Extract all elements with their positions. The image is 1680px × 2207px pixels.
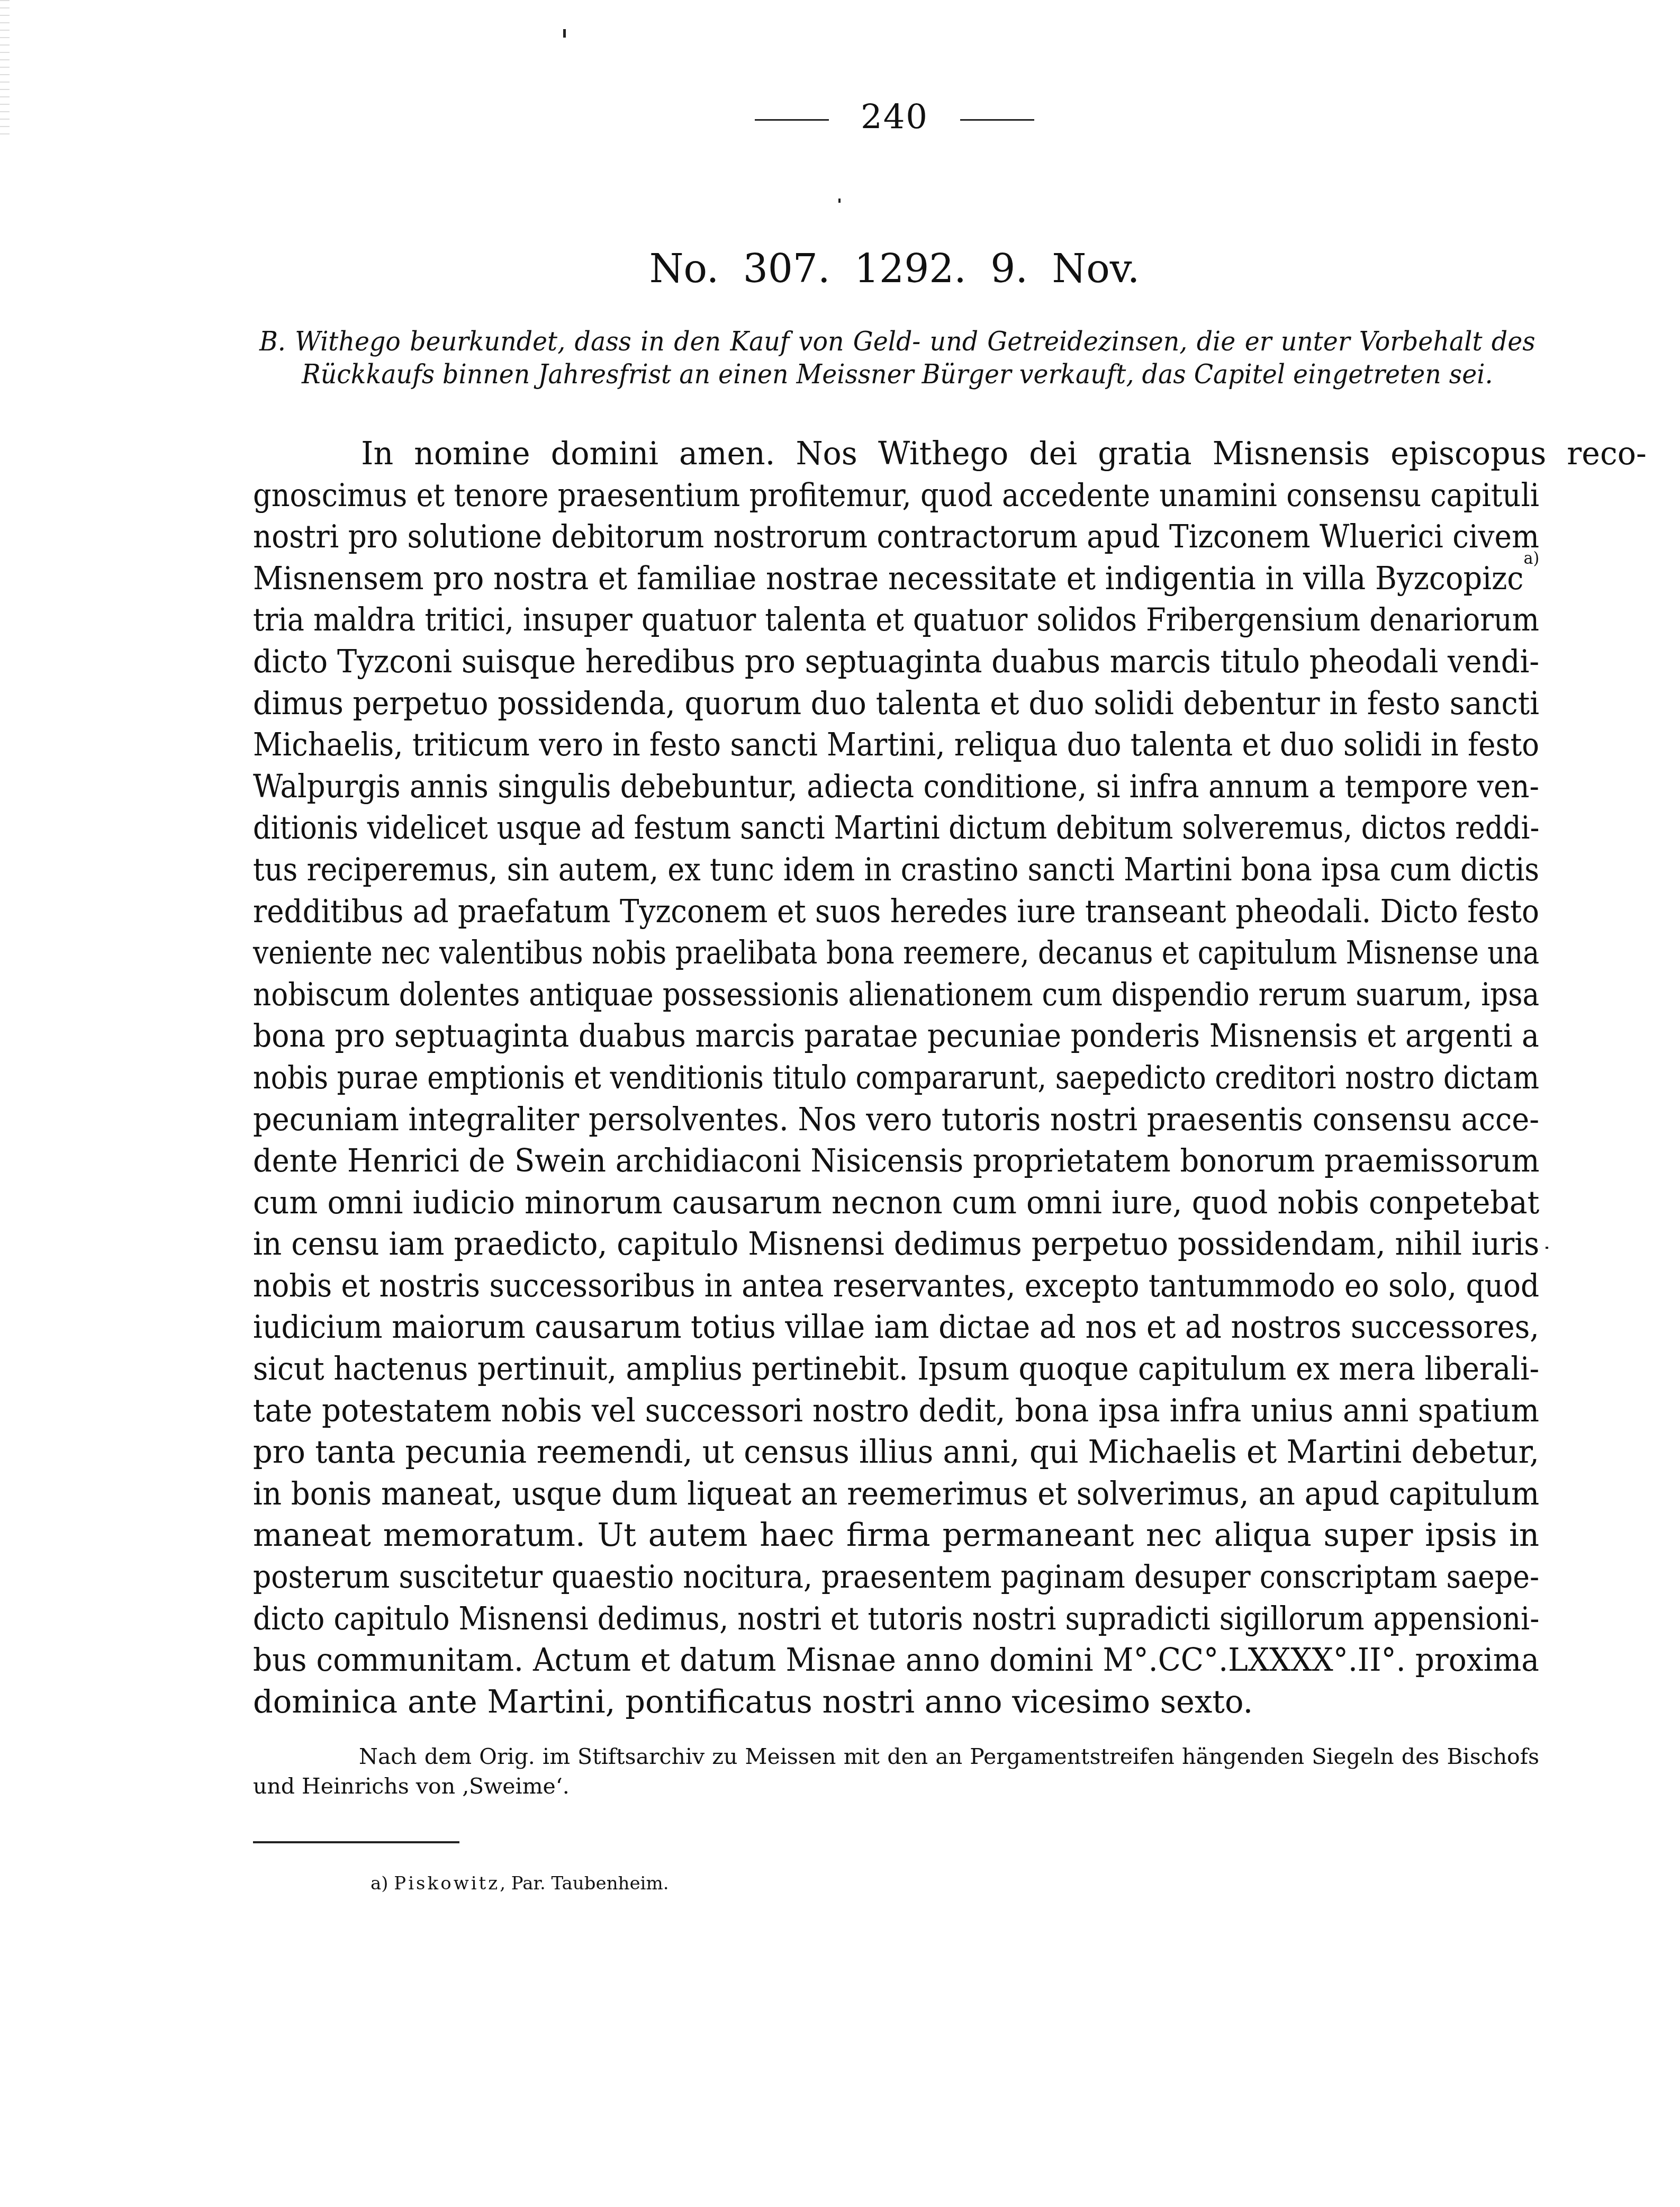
body-line: sicut hactenus pertinuit, amplius pertin… [253,1348,1539,1390]
body-line-text: Misnensem pro nostra et familiae nostrae… [253,560,1524,597]
body-line: ditionis videlicet usque ad festum sanct… [253,807,1539,849]
body-line: veniente nec valentibus nobis praelibata… [253,932,1539,974]
body-line: tate potestatem nobis vel successori nos… [253,1390,1539,1432]
footnote-marker: a) [371,1873,389,1894]
page-number-dash-left [755,119,829,121]
entry-heading: No. 307. 1292. 9. Nov. [0,246,1680,292]
body-line: dimus perpetuo possidenda, quorum duo ta… [253,683,1539,725]
body-line: bus communitam. Actum et datum Misnae an… [253,1640,1539,1681]
body-line: redditibus ad praefatum Tyzconem et suos… [253,891,1539,933]
footnote-a: a) Piskowitz, Par. Taubenheim. [371,1873,669,1894]
body-line: iudicium maiorum causarum totius villae … [253,1307,1539,1348]
page-number-value: 240 [861,98,928,137]
body-line: pro tanta pecunia reemendi, ut census il… [253,1431,1539,1473]
body-line: posterum suscitetur quaestio nocitura, p… [253,1556,1539,1598]
body-line: dicto capitulo Misnensi dedimus, nostri … [253,1598,1539,1640]
charter-text: In nomine domini amen. Nos Withego dei g… [253,433,1539,1723]
body-line: dicto Tyzconi suisque heredibus pro sept… [253,641,1539,683]
body-line: nobis purae emptionis et venditionis tit… [253,1057,1539,1099]
body-line: in censu iam praedicto, capitulo Misnens… [253,1223,1539,1265]
body-line: nostri pro solutione debitorum nostrorum… [253,516,1539,558]
body-line: pecuniam integraliter persolventes. Nos … [253,1099,1539,1141]
body-line: In nomine domini amen. Nos Withego dei g… [253,433,1647,475]
body-line: dente Henrici de Swein archidiaconi Nisi… [253,1140,1539,1182]
source-note-line: Nach dem Orig. im Stiftsarchiv zu Meisse… [253,1742,1539,1771]
body-line-with-footnote: Misnensem pro nostra et familiae nostrae… [253,558,1539,600]
footnote-place-name: Piskowitz [394,1873,500,1894]
body-line: maneat memoratum. Ut autem haec firma pe… [253,1515,1539,1556]
footnote-text: , Par. Taubenheim. [500,1873,669,1894]
body-line: cum omni iudicio minorum causarum necnon… [253,1182,1539,1224]
footnote-ref-a[interactable]: a) [1524,548,1540,568]
source-note: Nach dem Orig. im Stiftsarchiv zu Meisse… [253,1742,1539,1801]
footnote-separator-rule [253,1841,459,1843]
scan-speck [1546,1247,1548,1249]
source-note-line: und Heinrichs von ‚Sweime‘. [253,1771,1539,1801]
body-line: nobis et nostris successoribus in antea … [253,1265,1539,1307]
body-line: bona pro septuaginta duabus marcis parat… [253,1015,1539,1057]
body-line: in bonis maneat, usque dum liqueat an re… [253,1473,1539,1515]
summary-line: Rückkaufs binnen Jahresfrist an einen Me… [259,358,1536,391]
body-line: Michaelis, triticum vero in festo sancti… [253,724,1539,766]
body-line: gnoscimus et tenore praesentium profitem… [253,475,1539,517]
entry-summary: B. Withego beurkundet, dass in den Kauf … [259,326,1536,391]
summary-line: B. Withego beurkundet, dass in den Kauf … [259,326,1536,358]
scan-speck [838,199,841,203]
body-line: tus reciperemus, sin autem, ex tunc idem… [253,849,1539,891]
body-line: nobiscum dolentes antiquae possessionis … [253,974,1539,1016]
page-number: 240 [0,98,1680,137]
scan-speck [563,29,566,38]
body-line: tria maldra tritici, insuper quatuor tal… [253,599,1539,641]
page-number-dash-right [960,119,1034,121]
body-line-last: dominica ante Martini, pontificatus nost… [253,1681,1539,1723]
body-line: Walpurgis annis singulis debebuntur, adi… [253,766,1539,808]
